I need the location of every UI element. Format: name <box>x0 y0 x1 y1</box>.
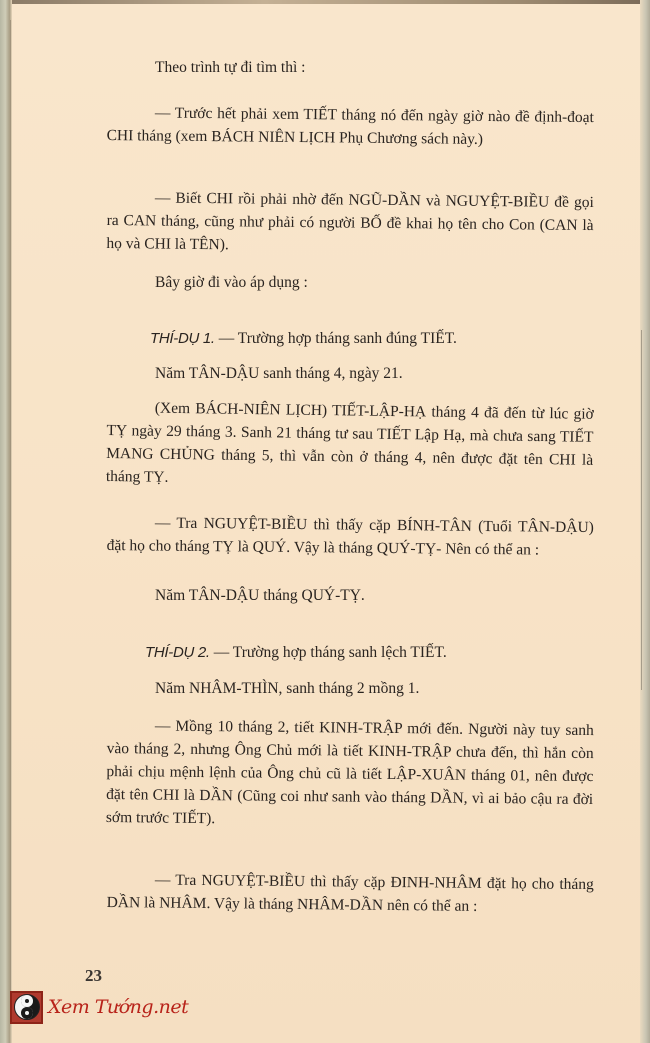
page-top-edge <box>8 0 648 4</box>
paragraph-apply: Bây giờ đi vào áp dụng : <box>107 271 594 294</box>
example-2-explanation: — Mồng 10 tháng 2, tiết KINH-TRẬP mới đế… <box>106 714 594 834</box>
right-margin-line <box>641 330 642 690</box>
logo-badge <box>10 991 43 1024</box>
example-2-year: Năm NHÂM-THÌN, sanh tháng 2 mồng 1. <box>107 677 594 700</box>
watermark-text: Xem Tướng.net <box>48 996 188 1018</box>
paragraph-step-2: — Biết CHI rồi phải nhờ đến NGŨ-DẦN và N… <box>106 186 594 260</box>
example-2-label: THÍ-DỤ 2. <box>145 644 210 661</box>
yin-yang-icon <box>14 994 40 1020</box>
example-2-title: — Trường hợp tháng sanh lệch TIẾT. <box>210 644 447 661</box>
example-1-label: THÍ-DỤ 1. <box>150 330 215 347</box>
example-1-heading: THÍ-DỤ 1. — Trường hợp tháng sanh đúng T… <box>107 327 594 350</box>
page-number: 23 <box>85 966 102 986</box>
example-1-lookup: — Tra NGUYỆT-BIỀU thì thấy cặp BÍNH-TÂN … <box>107 511 594 562</box>
example-1-explanation: (Xem BÁCH-NIÊN LỊCH) TIẾT-LẬP-HẠ tháng 4… <box>106 396 594 495</box>
margin-line <box>10 20 11 1020</box>
example-2-lookup: — Tra NGUYỆT-BIỀU thì thấy cặp ĐINH-NHÂM… <box>107 868 594 919</box>
example-1-result: Năm TÂN-DẬU tháng QUÝ-TỴ. <box>107 584 594 607</box>
watermark-logo[interactable]: Xem Tướng.net <box>10 990 188 1024</box>
paragraph-intro: Theo trình tự đi tìm thì : <box>107 56 594 79</box>
book-page: Theo trình tự đi tìm thì : — Trước hết p… <box>0 0 650 1043</box>
example-1-title: — Trường hợp tháng sanh đúng TIẾT. <box>215 330 457 347</box>
paragraph-step-1: — Trước hết phải xem TIẾT tháng nó đến n… <box>107 101 594 152</box>
example-1-year: Năm TÂN-DẬU sanh tháng 4, ngày 21. <box>107 362 594 385</box>
example-2-heading: THÍ-DỤ 2. — Trường hợp tháng sanh lệch T… <box>107 641 594 664</box>
